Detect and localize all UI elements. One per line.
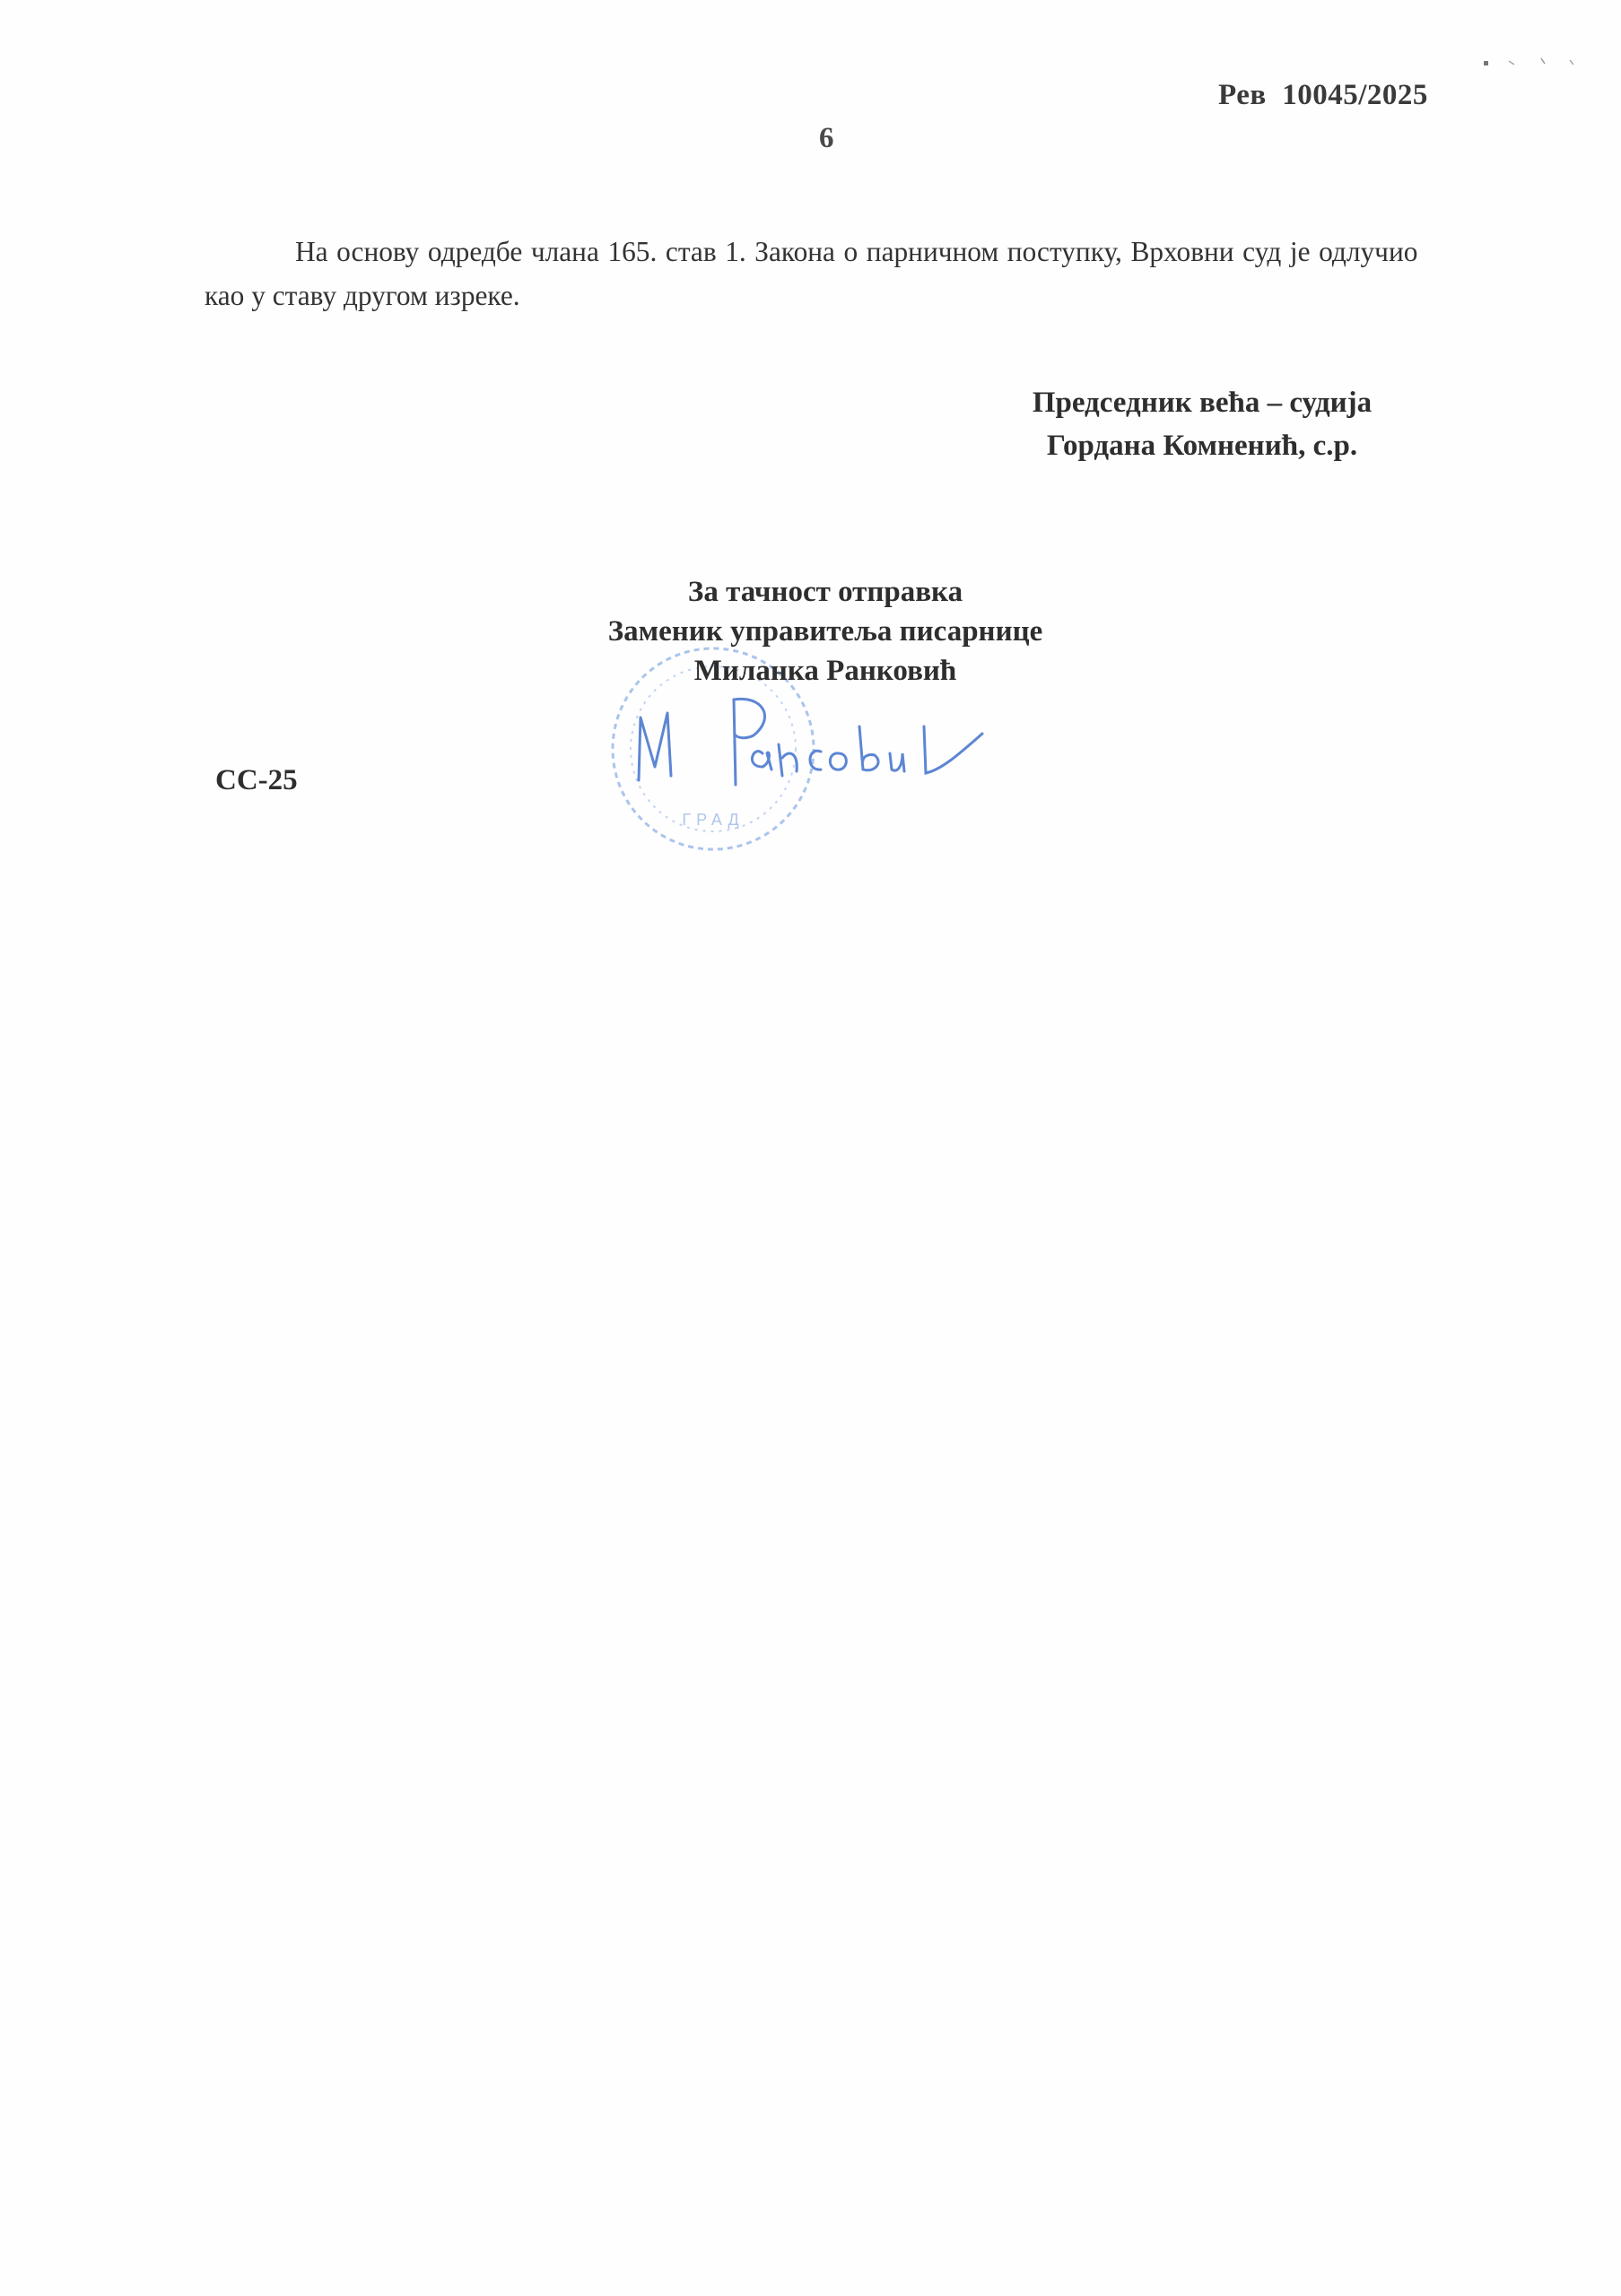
scan-artifact-marks bbox=[1480, 56, 1597, 74]
stamp-text: ГРАД bbox=[682, 811, 744, 829]
judge-name: Гордана Комненић, с.р. bbox=[942, 424, 1462, 467]
case-number: Рев 10045/2025 bbox=[1218, 79, 1428, 112]
body-paragraph: На основу одредбе члана 165. став 1. Зак… bbox=[205, 230, 1417, 317]
footer-code: СС-25 bbox=[215, 764, 298, 797]
certification-line-2: Заменик управитеља писарнице bbox=[502, 612, 1148, 651]
handwritten-signature-icon bbox=[628, 691, 1023, 798]
certification-line-1: За тачност отправка bbox=[502, 572, 1148, 612]
certification-line-3: Миланка Ранковић bbox=[502, 651, 1148, 691]
document-page: Рев 10045/2025 6 На основу одредбе члана… bbox=[0, 0, 1621, 2296]
certification-block: За тачност отправка Заменик управитеља п… bbox=[502, 572, 1148, 691]
page-number: 6 bbox=[819, 122, 834, 155]
judge-signature-block: Председник већа – судија Гордана Комнени… bbox=[942, 381, 1462, 467]
judge-title: Председник већа – судија bbox=[942, 381, 1462, 424]
